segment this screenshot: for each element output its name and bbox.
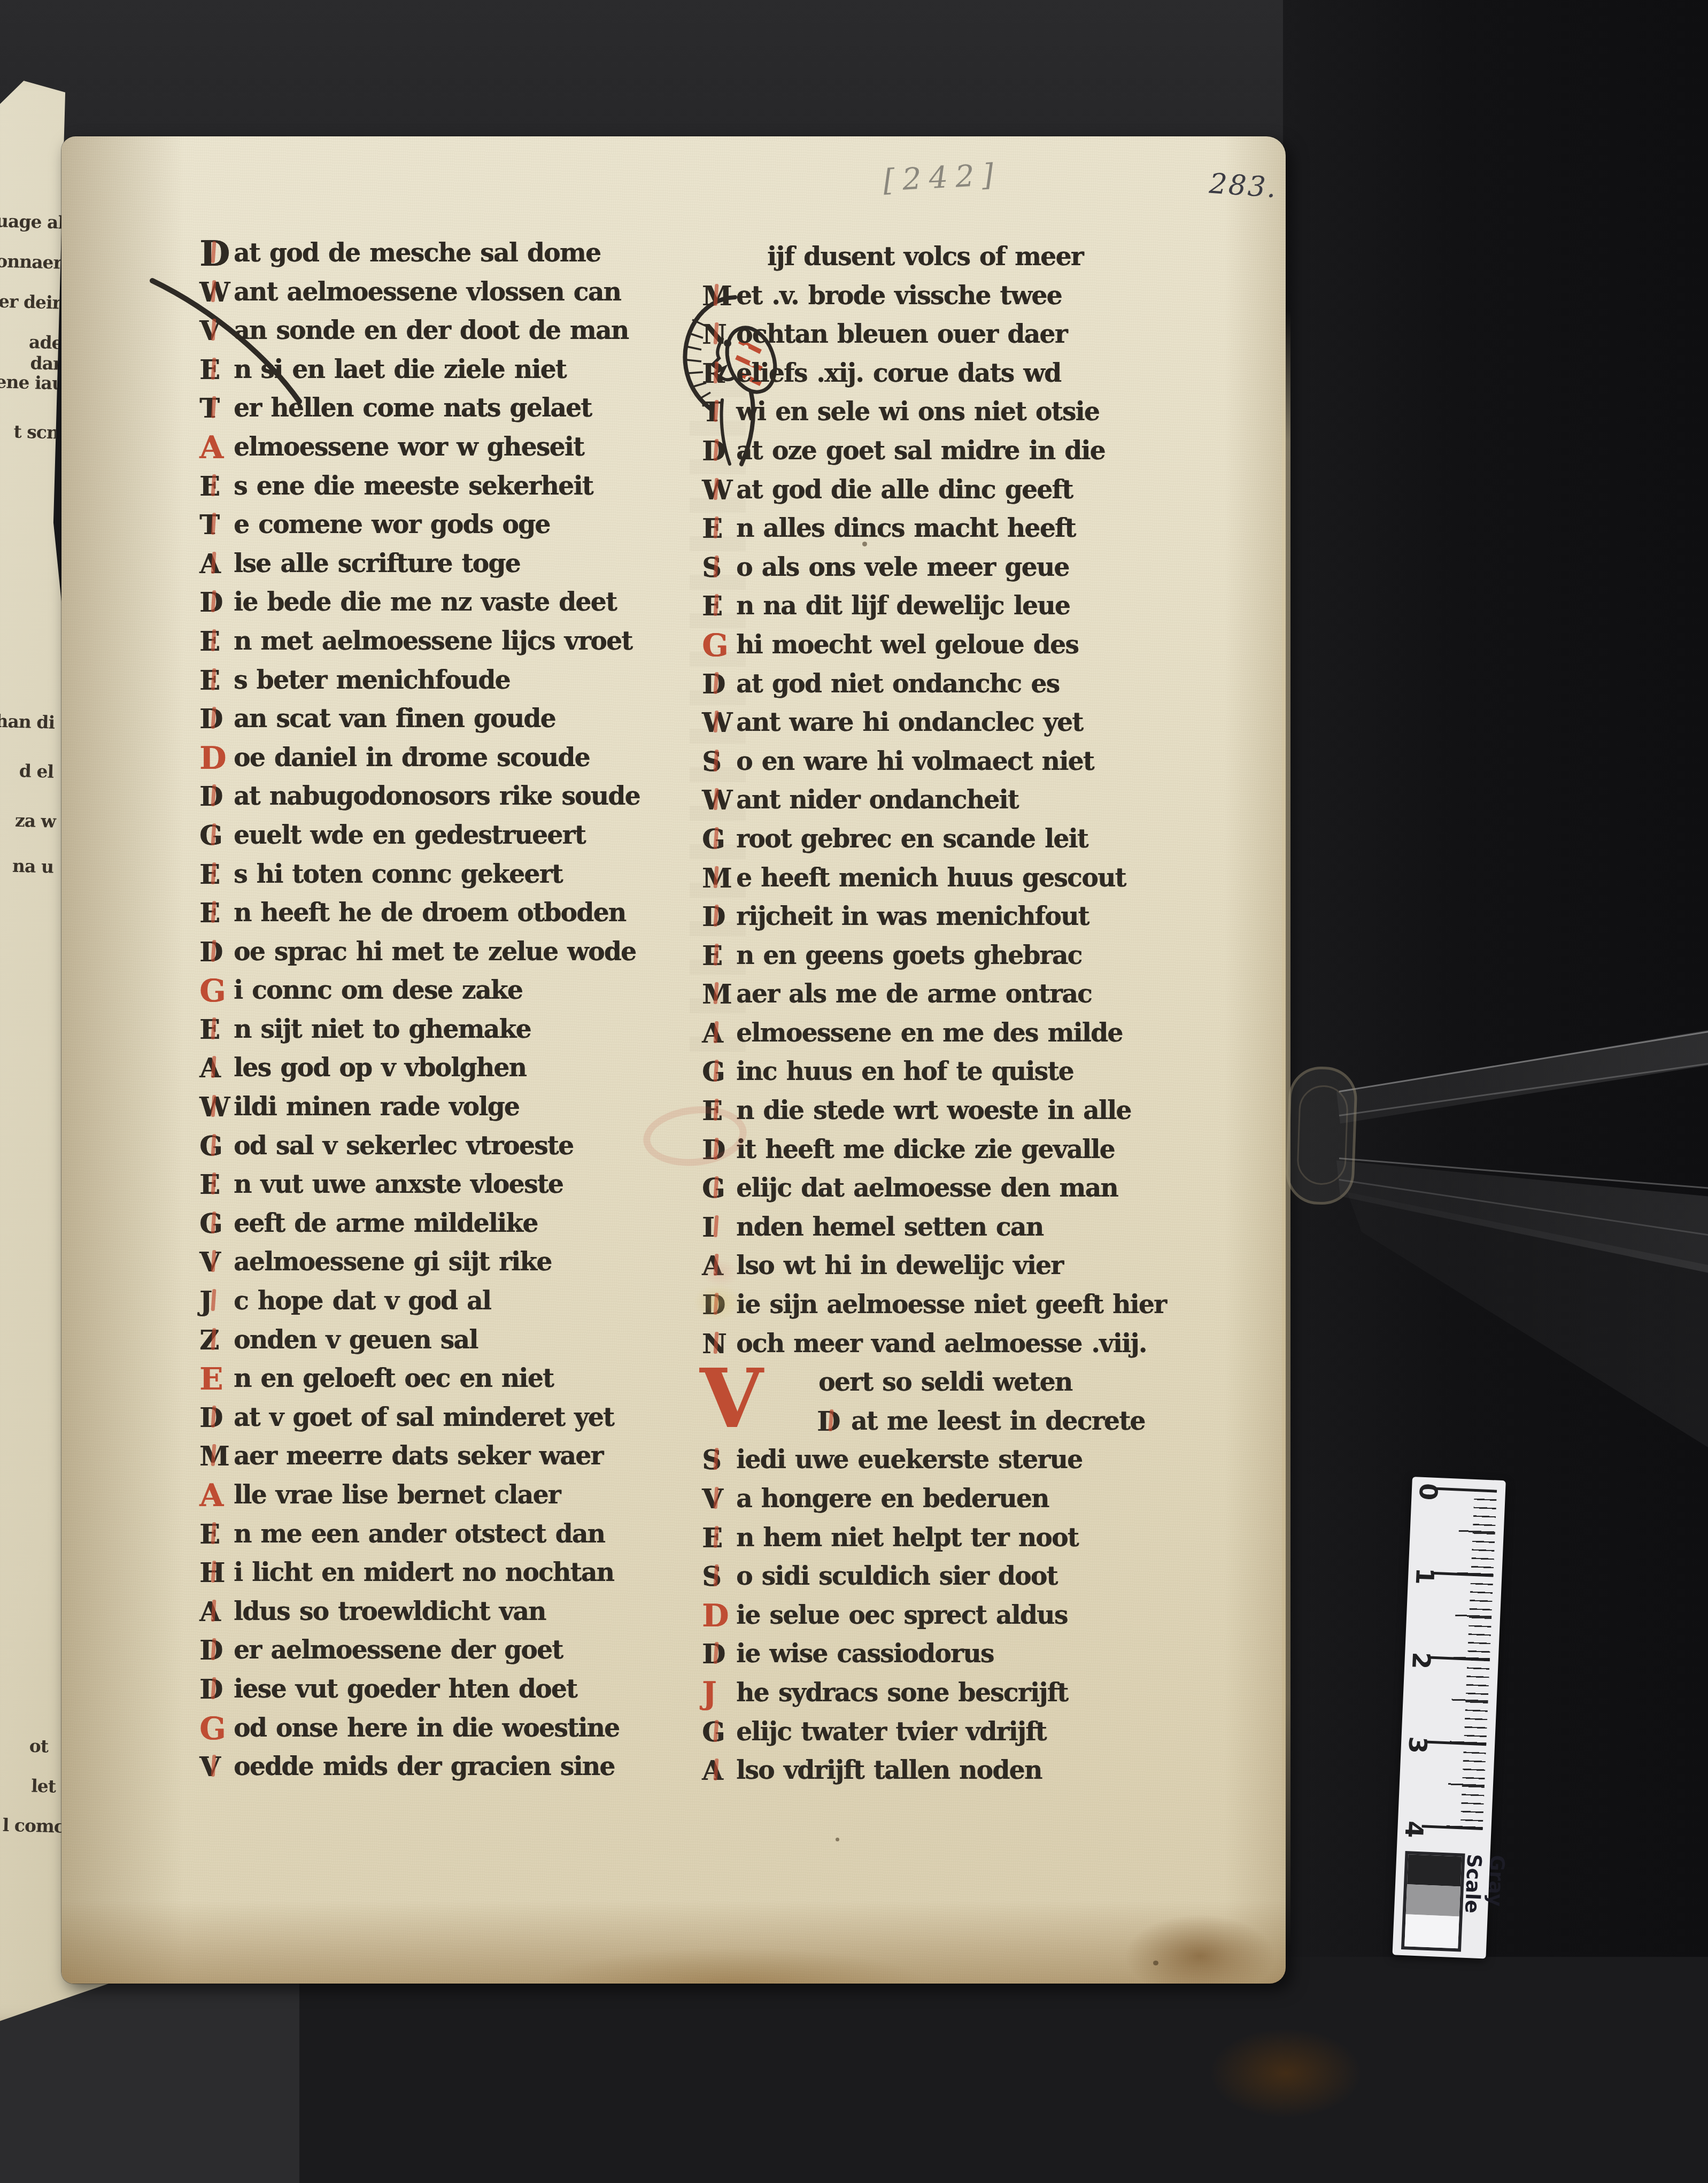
manuscript-line: E n vut uwe anxste vloeste: [199, 1166, 659, 1205]
text-column-right: ijf dusent volcs of meer M et .v. brode …: [702, 238, 1183, 1791]
line-text: n die stede wrt woeste in alle: [736, 1091, 1131, 1131]
manuscript-line: M e heeft menich huus gescout: [702, 859, 1183, 898]
manuscript-line: E s hi toten connc gekeert: [199, 855, 659, 894]
manuscript-line: E n heeft he de droem otboden: [199, 894, 659, 933]
line-text: er hellen come nats gelaet: [234, 389, 591, 429]
line-text: elijc dat aelmoesse den man: [736, 1169, 1118, 1209]
ruler-label-2: 2: [1406, 1648, 1436, 1673]
line-text: he sydracs sone bescrijft: [736, 1673, 1068, 1714]
line-initial: G: [702, 1053, 736, 1092]
manuscript-line: V oedde mids der gracien sine: [199, 1748, 659, 1787]
ruler-label-0: 0: [1413, 1479, 1443, 1505]
manuscript-line: ijf dusent volcs of meer: [702, 238, 1183, 277]
manuscript-line: M aer meerre dats seker waer: [199, 1437, 659, 1476]
pencil-foliation: [242]: [882, 157, 1002, 198]
spine-text-fragment: t scn: [0, 420, 59, 443]
line-text: ie selue oec sprect aldus: [736, 1596, 1068, 1636]
line-text: e comene wor gods oge: [234, 505, 550, 545]
line-text: i licht en midert no nochtan: [234, 1553, 614, 1593]
line-initial: D: [199, 1631, 234, 1670]
line-initial: A: [199, 545, 234, 584]
spine-text-fragment: ot: [0, 1734, 48, 1756]
line-text: euelt wde en gedestrueert: [234, 816, 585, 856]
manuscript-line: G od onse here in die woestine: [199, 1709, 659, 1748]
line-initial: E: [702, 1519, 736, 1558]
line-text: it heeft me dicke zie gevalle: [736, 1130, 1115, 1170]
manuscript-line: D rijcheit in was menichfout: [702, 898, 1183, 937]
line-initial: T: [199, 506, 234, 545]
line-text: at oze goet sal midre in die: [736, 431, 1105, 472]
line-text: n met aelmoessene lijcs vroet: [234, 622, 632, 662]
manuscript-line: E n met aelmoessene lijcs vroet: [199, 622, 659, 661]
film-strap-loop-inner: [1296, 1084, 1349, 1185]
line-text: oe daniel in drome scoude: [234, 738, 590, 778]
manuscript-line: S o als ons vele meer geue: [702, 549, 1183, 588]
line-initial: A: [199, 1049, 234, 1088]
line-initial: A: [702, 1752, 736, 1791]
manuscript-line: G hi moecht wel geloue des: [702, 626, 1183, 665]
line-initial: G: [702, 1169, 736, 1208]
line-text: n en geens goets ghebrac: [736, 936, 1082, 976]
manuscript-line: R eliefs .xij. corue dats wd: [702, 354, 1183, 394]
manuscript-line: E n si en laet die ziele niet: [199, 351, 659, 390]
line-initial: D: [702, 1635, 736, 1674]
line-text: at v goet of sal minderet yet: [234, 1398, 614, 1438]
swatch-black: [1407, 1854, 1462, 1886]
manuscript-line: E s ene die meeste sekerheit: [199, 467, 659, 506]
spine-text-fragment: na u: [0, 854, 53, 877]
line-initial: W: [199, 1088, 234, 1127]
manuscript-line: J he sydracs sone bescrijft: [702, 1674, 1183, 1713]
line-text: n vut uwe anxste vloeste: [234, 1165, 563, 1205]
line-initial: D: [817, 1402, 851, 1441]
line-initial: A: [199, 1593, 234, 1632]
line-text: hi moecht wel geloue des: [736, 626, 1078, 666]
line-initial: W: [199, 273, 234, 312]
manuscript-line: G euelt wde en gedestrueert: [199, 816, 659, 855]
line-text: ijf dusent volcs of meer: [736, 237, 1083, 277]
manuscript-line: V a hongere en bederuen: [702, 1480, 1183, 1519]
manuscript-line: G i connc om dese zake: [199, 971, 659, 1010]
manuscript-line: E n hem niet helpt ter noot: [702, 1519, 1183, 1558]
line-initial: D: [199, 739, 234, 778]
line-text: root gebrec en scande leit: [736, 820, 1088, 860]
line-initial: E: [199, 1166, 234, 1205]
line-text: n si en laet die ziele niet: [234, 350, 566, 390]
line-initial: D: [199, 1399, 234, 1438]
manuscript-line: M et .v. brode vissche twee: [702, 277, 1183, 316]
manuscript-line: V oert so seldi weten: [702, 1363, 1183, 1402]
manuscript-line: V aelmoessene gi sijt rike: [199, 1243, 659, 1282]
spine-text-fragment: onnaer: [0, 250, 62, 273]
manuscript-line: G elijc twater tvier vdrijft: [702, 1713, 1183, 1752]
manuscript-line: V an sonde en der doot de man: [199, 312, 659, 351]
ink-speck: [1153, 1961, 1158, 1965]
line-text: i connc om dese zake: [234, 971, 522, 1011]
line-text: wi en sele wi ons niet otsie: [736, 392, 1099, 433]
line-initial: V: [199, 1243, 234, 1282]
line-initial: G: [199, 1709, 234, 1748]
line-text: e heeft menich huus gescout: [736, 858, 1126, 898]
manuscript-line: W ildi minen rade volge: [199, 1088, 659, 1127]
line-text: s ene die meeste sekerheit: [234, 466, 593, 506]
line-text: n heeft he de droem otboden: [234, 893, 625, 934]
line-text: ie wise cassiodorus: [736, 1634, 994, 1675]
manuscript-line: D at me leest in decrete: [817, 1402, 1183, 1441]
manuscript-line: T er hellen come nats gelaet: [199, 389, 659, 428]
line-text: an scat van finen goude: [234, 699, 555, 739]
line-initial: A: [199, 1476, 234, 1515]
line-initial: D: [199, 234, 234, 273]
swatch-gray: [1406, 1884, 1460, 1916]
line-text: onden v geuen sal: [234, 1321, 477, 1361]
line-text: s beter menichfoude: [234, 660, 510, 700]
line-text: lso wt hi in dewelijc vier: [736, 1246, 1063, 1286]
manuscript-line: A elmoessene wor w gheseit: [199, 428, 659, 467]
manuscript-line: A lso vdrijft tallen noden: [702, 1752, 1183, 1791]
line-initial: T: [199, 389, 234, 428]
line-initial: M: [199, 1437, 234, 1476]
line-text: ant aelmoessene vlossen can: [234, 273, 621, 313]
line-text: n hem niet helpt ter noot: [736, 1518, 1078, 1559]
line-initial: D: [199, 1670, 234, 1709]
manuscript-line: S o sidi sculdich sier doot: [702, 1557, 1183, 1596]
line-initial: M: [702, 277, 736, 316]
ruler-label-1: 1: [1410, 1563, 1440, 1589]
line-initial: I: [702, 1208, 736, 1247]
line-initial: D: [199, 777, 234, 816]
manuscript-line: N och meer vand aelmoesse .viij.: [702, 1325, 1183, 1364]
line-text: ie bede die me nz vaste deet: [234, 583, 616, 623]
yellow-stain: [693, 1284, 743, 1321]
red-ink-offset-blob: [702, 1259, 739, 1287]
line-initial: E: [199, 1010, 234, 1050]
manuscript-line: E n na dit lijf dewelijc leue: [702, 587, 1183, 626]
line-initial: Z: [199, 1321, 234, 1360]
manuscript-line: N ochtan bleuen ouer daer: [702, 315, 1183, 354]
line-initial: E: [199, 1515, 234, 1554]
manuscript-line: G inc huus en hof te quiste: [702, 1053, 1183, 1092]
line-text: lle vrae lise bernet claer: [234, 1476, 560, 1516]
manuscript-line: A lle vrae lise bernet claer: [199, 1476, 659, 1515]
ruler-label-3: 3: [1403, 1732, 1433, 1758]
line-initial: G: [199, 1205, 234, 1244]
line-initial: S: [702, 1557, 736, 1596]
manuscript-line: W ant aelmoessene vlossen can: [199, 273, 659, 312]
line-text: ldus so troewldicht van: [234, 1592, 546, 1632]
line-text: et .v. brode vissche twee: [736, 276, 1062, 317]
text-column-left: D at god de mesche sal dome W ant aelmoe…: [199, 234, 659, 1787]
spine-text-fragment: ade dar: [0, 330, 63, 374]
line-text: elmoessene wor w gheseit: [234, 428, 584, 468]
line-text: ochtan bleuen ouer daer: [736, 315, 1067, 355]
line-initial: G: [199, 816, 234, 855]
line-text: eeft de arme mildelike: [234, 1204, 538, 1244]
manuscript-line: T e comene wor gods oge: [199, 506, 659, 545]
manuscript-line: D at god niet ondanchc es: [702, 665, 1183, 704]
manuscript-line: E n alles dincs macht heeft: [702, 510, 1183, 549]
line-text: rijcheit in was menichfout: [736, 897, 1089, 937]
show-through-text: [690, 382, 746, 1056]
manuscript-line: G elijc dat aelmoesse den man: [702, 1169, 1183, 1208]
line-text: eliefs .xij. corue dats wd: [736, 354, 1061, 394]
manuscript-line: E n sijt niet to ghemake: [199, 1010, 659, 1050]
manuscript-line: A lso wt hi in dewelijc vier: [702, 1247, 1183, 1286]
manuscript-line: M aer als me de arme ontrac: [702, 975, 1183, 1014]
line-initial: S: [702, 1441, 736, 1480]
spine-text-fragment: l comc: [0, 1814, 64, 1837]
line-text: oe sprac hi met te zelue wode: [234, 932, 636, 973]
line-initial: D: [702, 1596, 736, 1636]
line-text: n en geloeft oec en niet: [234, 1359, 553, 1399]
manuscript-line: D oe sprac hi met te zelue wode: [199, 933, 659, 972]
manuscript-line: E n me een ander otstect dan: [199, 1515, 659, 1554]
manuscript-line: E n en geens goets ghebrac: [702, 937, 1183, 976]
spine-text-fragment: ler deir: [0, 290, 61, 313]
manuscript-line: W at god die alle dinc geeft: [702, 471, 1183, 510]
line-initial: G: [199, 971, 234, 1010]
manuscript-line: D ie selue oec sprect aldus: [702, 1596, 1183, 1636]
line-text: aelmoessene gi sijt rike: [234, 1243, 552, 1283]
manuscript-line: A les god op v vbolghen: [199, 1049, 659, 1088]
line-initial: A: [199, 428, 234, 467]
manuscript-line: D oe daniel in drome scoude: [199, 739, 659, 778]
line-initial: [702, 238, 736, 277]
manuscript-line: S o en ware hi volmaect niet: [702, 743, 1183, 782]
manuscript-line: E n en geloeft oec en niet: [199, 1360, 659, 1399]
line-text: ant ware hi ondanclec yet: [736, 703, 1083, 743]
line-text: aer als me de arme ontrac: [736, 975, 1092, 1015]
photographic-ruler: 0 1 2 3 4 Gray Scale: [1393, 1477, 1506, 1959]
line-text: at god niet ondanchc es: [736, 664, 1059, 704]
corner-stain: [1211, 2029, 1361, 2117]
line-initial: H: [199, 1554, 234, 1593]
line-text: n na dit lijf dewelijc leue: [736, 587, 1070, 627]
line-text: n alles dincs macht heeft: [736, 509, 1076, 549]
manuscript-line: G root gebrec en scande leit: [702, 820, 1183, 859]
ruler-label-4: 4: [1399, 1817, 1429, 1842]
manuscript-line: D iese vut goeder hten doet: [199, 1670, 659, 1709]
line-text: at god de mesche sal dome: [234, 234, 600, 274]
line-text: les god op v vbolghen: [234, 1048, 526, 1089]
spine-text-fragment: za w: [0, 809, 56, 831]
spine-text-fragment: ene iau: [0, 371, 64, 394]
line-text: iese vut goeder hten doet: [234, 1670, 577, 1710]
line-initial: E: [199, 1360, 234, 1399]
manuscript-line: D ie wise cassiodorus: [702, 1635, 1183, 1674]
line-initial: E: [199, 661, 234, 700]
manuscript-line: G od sal v sekerlec vtroeste: [199, 1127, 659, 1166]
line-text: ildi minen rade volge: [234, 1087, 519, 1128]
line-text: o als ons vele meer geue: [736, 548, 1069, 588]
manuscript-line: T wi en sele wi ons niet otsie: [702, 393, 1183, 432]
line-initial: D: [199, 700, 234, 739]
manuscript-line: A elmoessene en me des milde: [702, 1014, 1183, 1053]
manuscript-line: A ldus so troewldicht van: [199, 1593, 659, 1632]
manuscript-line: D ie bede die me nz vaste deet: [199, 583, 659, 622]
line-text: iedi uwe euekerste sterue: [736, 1440, 1082, 1480]
swatch-white: [1404, 1914, 1459, 1948]
line-text: lse alle scrifture toge: [234, 544, 520, 584]
line-initial: V: [199, 1748, 234, 1787]
line-text: oert so seldi weten: [702, 1363, 1072, 1403]
line-text: ant nider ondancheit: [736, 781, 1018, 821]
manuscript-line: D an scat van finen goude: [199, 700, 659, 739]
manuscript-line: D ie sijn aelmoesse niet geeft hier: [702, 1286, 1183, 1325]
gray-scale-label: Gray Scale: [1459, 1854, 1509, 1957]
ink-speck: [836, 1838, 839, 1841]
manuscript-line: H i licht en midert no nochtan: [199, 1554, 659, 1593]
line-text: at god die alle dinc geeft: [736, 470, 1072, 510]
line-text: n me een ander otstect dan: [234, 1515, 605, 1555]
line-text: at me leest in decrete: [851, 1402, 1145, 1442]
line-text: c hope dat v god al: [234, 1282, 491, 1322]
line-text: lso vdrijft tallen noden: [736, 1751, 1041, 1791]
line-text: inc huus en hof te quiste: [736, 1052, 1073, 1092]
line-text: o en ware hi volmaect niet: [736, 742, 1094, 782]
spine-text-fragment: uage al: [0, 210, 64, 233]
manuscript-line: D at god de mesche sal dome: [199, 234, 659, 273]
line-initial: G: [199, 1127, 234, 1166]
line-text: er aelmoessene der goet: [234, 1631, 562, 1671]
manuscript-line: E n die stede wrt woeste in alle: [702, 1092, 1183, 1131]
line-initial: E: [199, 894, 234, 933]
line-text: och meer vand aelmoesse .viij.: [736, 1324, 1146, 1364]
ink-speck: [409, 747, 413, 751]
manuscript-line: D er aelmoessene der goet: [199, 1631, 659, 1670]
manuscript-line: W ant ware hi ondanclec yet: [702, 704, 1183, 743]
manuscript-line: E s beter menichfoude: [199, 661, 659, 700]
line-initial: E: [199, 467, 234, 506]
manuscript-line: J c hope dat v god al: [199, 1282, 659, 1321]
line-text: ie sijn aelmoesse niet geeft hier: [736, 1285, 1166, 1325]
line-text: o sidi sculdich sier doot: [736, 1557, 1057, 1597]
line-text: an sonde en der doot de man: [234, 311, 628, 351]
line-initial: N: [702, 315, 736, 354]
line-text: aer meerre dats seker waer: [234, 1437, 603, 1477]
line-initial: V: [702, 1480, 736, 1519]
ink-folio-number: 283.: [1208, 168, 1279, 205]
line-initial: E: [199, 622, 234, 661]
line-text: elijc twater tvier vdrijft: [736, 1712, 1046, 1752]
line-initial: J: [702, 1674, 736, 1713]
line-text: nden hemel setten can: [736, 1208, 1043, 1248]
line-initial: E: [199, 351, 234, 390]
line-text: oedde mids der gracien sine: [234, 1747, 615, 1787]
line-text: at nabugodonosors rike soude: [234, 777, 640, 817]
manuscript-line: A lse alle scrifture toge: [199, 545, 659, 584]
line-text: a hongere en bederuen: [736, 1479, 1049, 1519]
backdrop-cloth-bottom-right: [299, 1957, 1708, 2183]
line-initial: G: [702, 1713, 736, 1752]
spine-text-fragment: han di: [0, 710, 55, 732]
line-text: od onse here in die woestine: [234, 1708, 619, 1748]
manuscript-line: I nden hemel setten can: [702, 1208, 1183, 1247]
line-initial: D: [199, 583, 234, 622]
spine-text-fragment: let: [0, 1774, 56, 1796]
spine-text-fragment: d el: [0, 759, 53, 782]
manuscript-line: D at oze goet sal midre in die: [702, 432, 1183, 471]
manuscript-line: D it heeft me dicke zie gevalle: [702, 1131, 1183, 1170]
line-text: n sijt niet to ghemake: [234, 1010, 531, 1050]
gray-scale-swatches: [1401, 1851, 1465, 1952]
line-initial: J: [199, 1282, 234, 1321]
line-initial: V: [199, 312, 234, 351]
manuscript-line: S iedi uwe euekerste sterue: [702, 1441, 1183, 1480]
manuscript-page: D at god de mesche sal dome W ant aelmoe…: [61, 136, 1286, 1984]
line-text: od sal v sekerlec vtroeste: [234, 1127, 573, 1167]
manuscript-line: D at nabugodonosors rike soude: [199, 777, 659, 816]
ink-speck: [862, 542, 867, 546]
manuscript-line: G eeft de arme mildelike: [199, 1205, 659, 1244]
line-text: s hi toten connc gekeert: [234, 854, 562, 894]
manuscript-line: Z onden v geuen sal: [199, 1321, 659, 1360]
manuscript-line: D at v goet of sal minderet yet: [199, 1399, 659, 1438]
manuscript-line: W ant nider ondancheit: [702, 781, 1183, 820]
line-initial: E: [199, 855, 234, 894]
line-initial: D: [199, 933, 234, 972]
line-text: elmoessene en me des milde: [736, 1014, 1123, 1054]
